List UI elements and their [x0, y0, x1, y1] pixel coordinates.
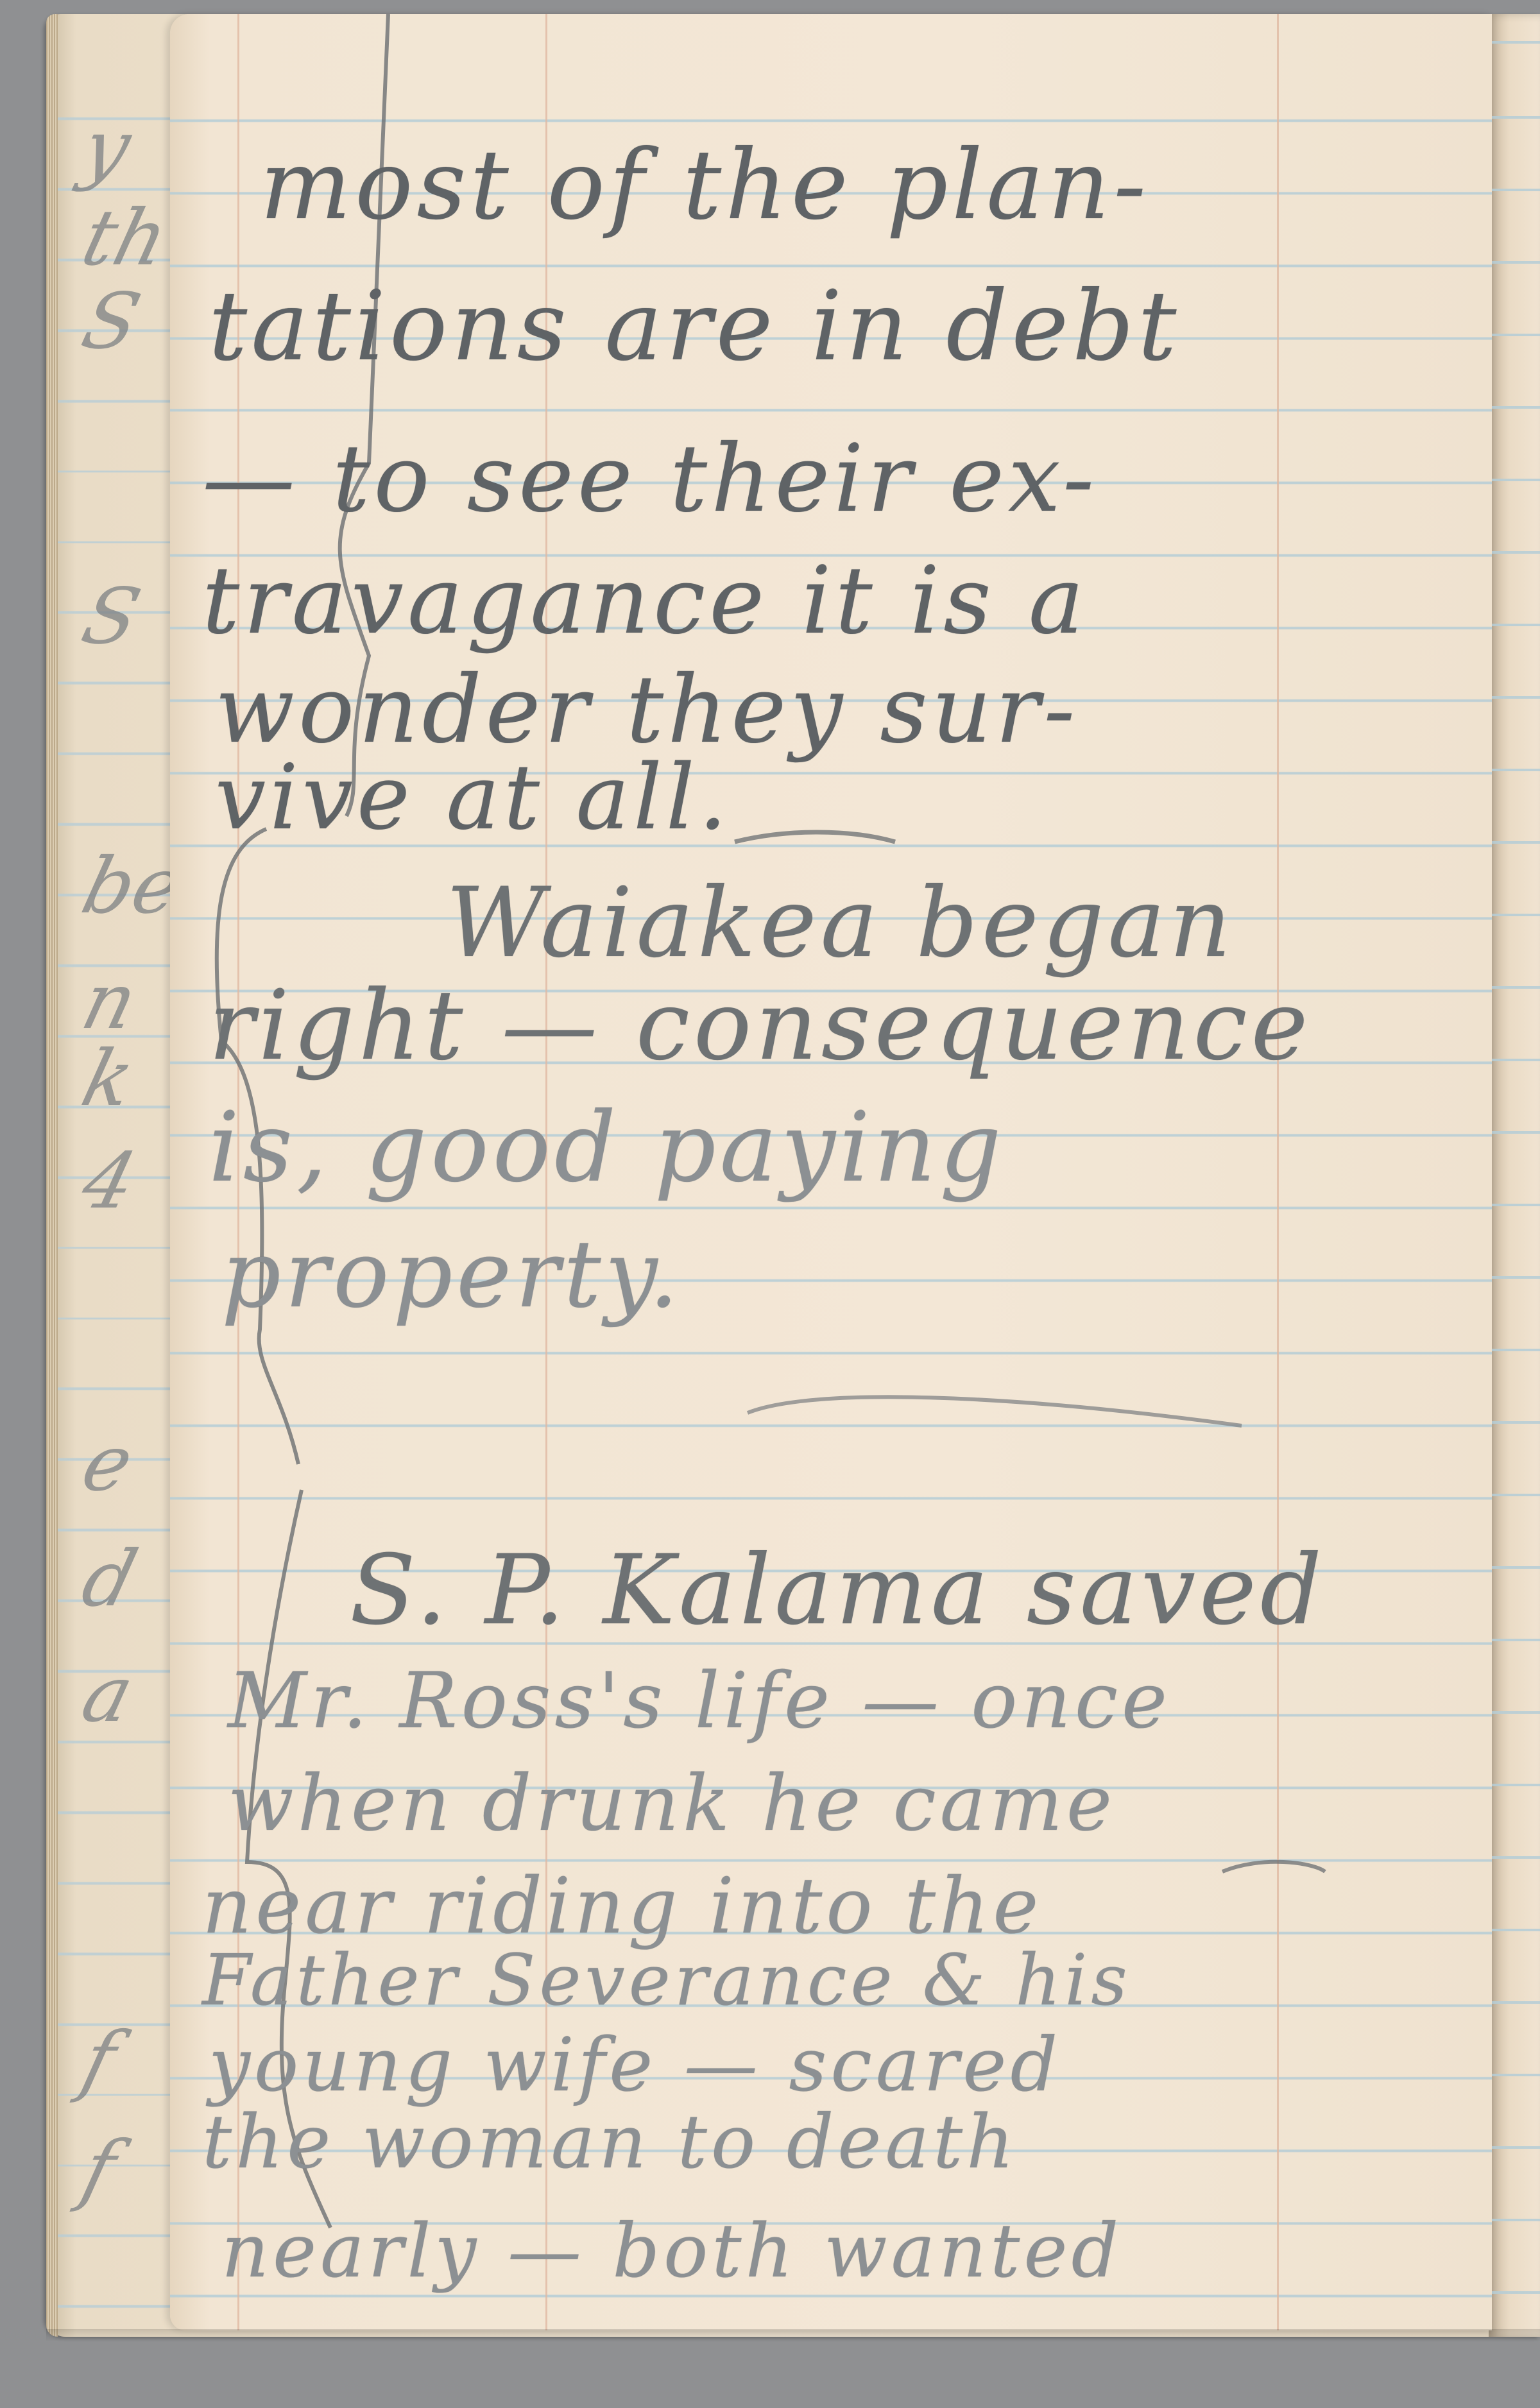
handwritten-line: young wife — scared [209, 2022, 1061, 2108]
facing-right-page-edge [1489, 14, 1540, 2337]
notebook-page: most of the plan- tations are in debt — … [170, 14, 1492, 2330]
handwritten-line: most of the plan- [260, 130, 1150, 241]
handwritten-line: is, good paying [209, 1092, 1005, 1204]
handwritten-line: right — consequence [209, 970, 1312, 1082]
ruled-lines-right [1489, 14, 1540, 2337]
page-stack-edge [46, 14, 58, 2337]
page-bottom-shadow [46, 2329, 1540, 2342]
handwritten-line: the woman to death [202, 2099, 1018, 2185]
handwritten-line: nearly — both wanted [221, 2208, 1122, 2294]
handwritten-line: — to see their ex- [202, 425, 1098, 533]
handwritten-line: when drunk he came [228, 1759, 1116, 1849]
handwritten-line: travagance it is a [202, 547, 1088, 655]
handwritten-line: property. [221, 1220, 682, 1329]
handwritten-line: near riding into the [202, 1862, 1042, 1951]
handwritten-line: S. P. Kalama saved [350, 1535, 1326, 1646]
handwritten-line: Father Severance & his [202, 1939, 1131, 2021]
handwritten-line: Mr. Ross's life — once [228, 1657, 1171, 1746]
handwritten-line: tations are in debt [209, 271, 1180, 382]
handwritten-line: vive at all. [215, 746, 731, 850]
handwritten-line: Waiakea began [446, 867, 1235, 979]
